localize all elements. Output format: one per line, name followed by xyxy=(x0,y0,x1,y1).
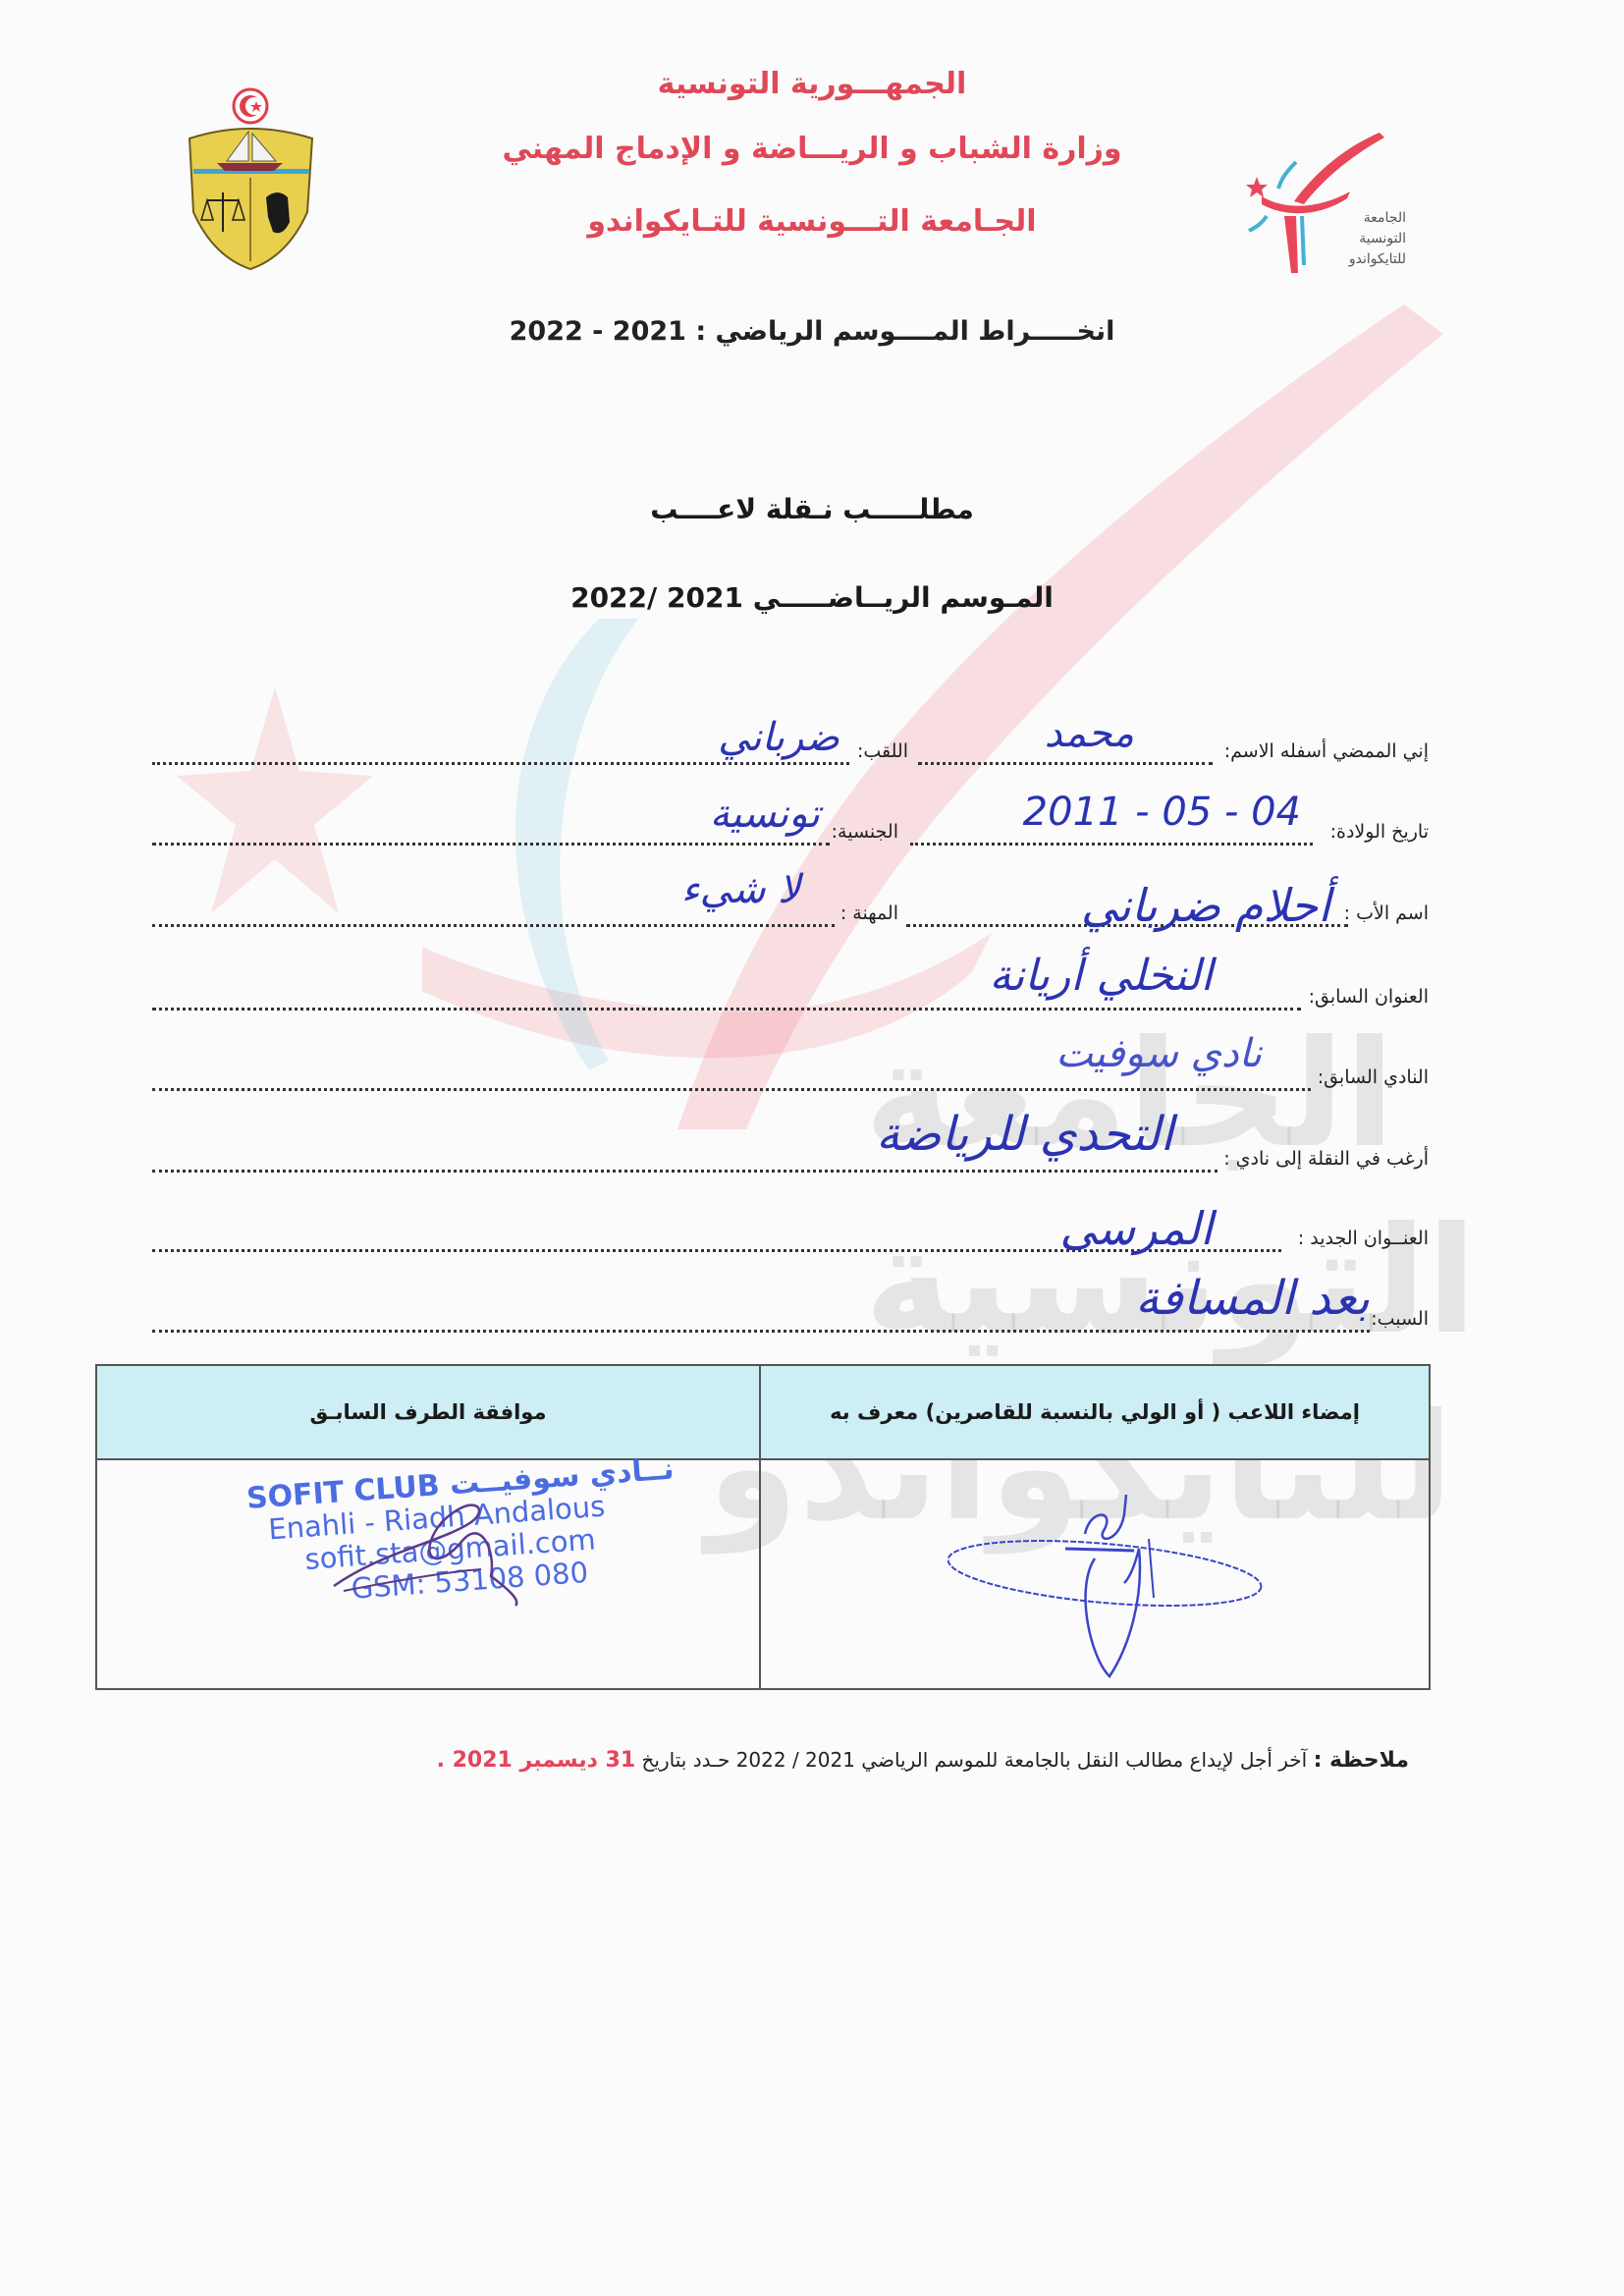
value-new-club: التحدي للرياضة xyxy=(876,1107,1173,1162)
value-surname: ضرباني xyxy=(718,715,839,760)
value-father-name: أحلام ضرباني xyxy=(1081,879,1330,932)
signature-icon xyxy=(947,1490,1281,1686)
field-surname-line[interactable] xyxy=(152,762,849,765)
header-previous-party-approval: موافقة الطرف السابـق xyxy=(97,1366,761,1460)
page-subtitle: المـوسم الريــاضـــــي 2021 /2022 xyxy=(0,581,1624,614)
value-name: محمد xyxy=(1045,711,1134,756)
label-nationality: الجنسية: xyxy=(832,821,898,843)
value-occupation: لا شيء xyxy=(681,867,800,912)
value-birthdate: 2011 - 05 - 04 xyxy=(1023,790,1301,835)
label-name: إني الممضي أسفله الاسم: xyxy=(1224,740,1429,762)
label-previous-address: العنوان السابق: xyxy=(1309,986,1429,1008)
value-reason: بعد المسافة xyxy=(1135,1271,1370,1326)
form-row-previous-club: النادي السابق: نادي سوفيت xyxy=(152,1061,1429,1100)
value-nationality: تونسية xyxy=(710,792,820,837)
deadline-note: ملاحظة : آخر أجل لإيداع مطالب النقل بالج… xyxy=(236,1748,1409,1773)
label-surname: اللقب: xyxy=(857,740,908,762)
form-row-name: إني الممضي أسفله الاسم: محمد اللقب: ضربا… xyxy=(152,735,1429,774)
label-father-name: اسم الأب : xyxy=(1344,902,1429,924)
header-republic: الجمهـــورية التونسية xyxy=(0,67,1624,101)
field-name-line[interactable] xyxy=(918,762,1213,765)
field-previous-club-line[interactable] xyxy=(152,1088,1311,1091)
field-previous-address-line[interactable] xyxy=(152,1008,1301,1011)
label-reason: السبب: xyxy=(1371,1308,1429,1330)
form-row-new-club: أرغب في النقلة إلى نادي : التحدي للرياضة xyxy=(152,1142,1429,1181)
value-previous-club: نادي سوفيت xyxy=(1056,1031,1262,1076)
field-occupation-line[interactable] xyxy=(152,924,835,927)
label-occupation: المهنة : xyxy=(840,902,898,924)
label-new-address: العنــوان الجديد : xyxy=(1298,1228,1429,1249)
page-title: مطلـــــب نـقلة لاعــــب xyxy=(0,493,1624,525)
label-birthdate: تاريخ الولادة: xyxy=(1330,821,1429,843)
field-reason-line[interactable] xyxy=(152,1330,1370,1333)
federation-logo: الجامعة التونسية للتايكواندو xyxy=(1237,118,1404,275)
form-row-birth: تاريخ الولادة: 2011 - 05 - 04 الجنسية: ت… xyxy=(152,815,1429,854)
stamp-signature-icon xyxy=(324,1493,520,1630)
form-row-reason: السبب: بعد المسافة xyxy=(152,1302,1429,1341)
value-previous-address: النخلي أريانة xyxy=(990,951,1214,1001)
note-deadline-date: 31 ديسمبر 2021 . xyxy=(437,1748,636,1773)
field-nationality-line[interactable] xyxy=(152,843,830,846)
federation-logo-line-2: التونسية xyxy=(1318,229,1406,249)
form-row-new-address: العنــوان الجديد : المرسى xyxy=(152,1222,1429,1261)
label-previous-club: النادي السابق: xyxy=(1318,1066,1429,1088)
header-player-signature: إمضاء اللاعب ( أو الولي بالنسبة للقاصرين… xyxy=(761,1366,1429,1460)
value-new-address: المرسى xyxy=(1059,1202,1213,1255)
federation-logo-line-3: للتايكواندو xyxy=(1318,249,1406,270)
watermark-star-icon xyxy=(177,687,373,923)
form-row-father: اسم الأب : أحلام ضرباني المهنة : لا شيء xyxy=(152,897,1429,936)
field-new-club-line[interactable] xyxy=(152,1170,1218,1173)
season-registration-line: انخـــــراط المــــوسم الرياضي : 2021 - … xyxy=(0,316,1624,347)
note-text: آخر أجل لإيداع مطالب النقل بالجامعة للمو… xyxy=(642,1748,1308,1772)
field-birthdate-line[interactable] xyxy=(910,843,1313,846)
tunisia-coat-of-arms-icon xyxy=(180,84,322,271)
note-label: ملاحظة : xyxy=(1314,1748,1409,1773)
cell-player-signature[interactable] xyxy=(761,1460,1429,1688)
label-new-club: أرغب في النقلة إلى نادي : xyxy=(1223,1148,1429,1170)
federation-logo-line-1: الجامعة xyxy=(1318,208,1406,229)
form-row-previous-address: العنوان السابق: النخلي أريانة xyxy=(152,980,1429,1019)
